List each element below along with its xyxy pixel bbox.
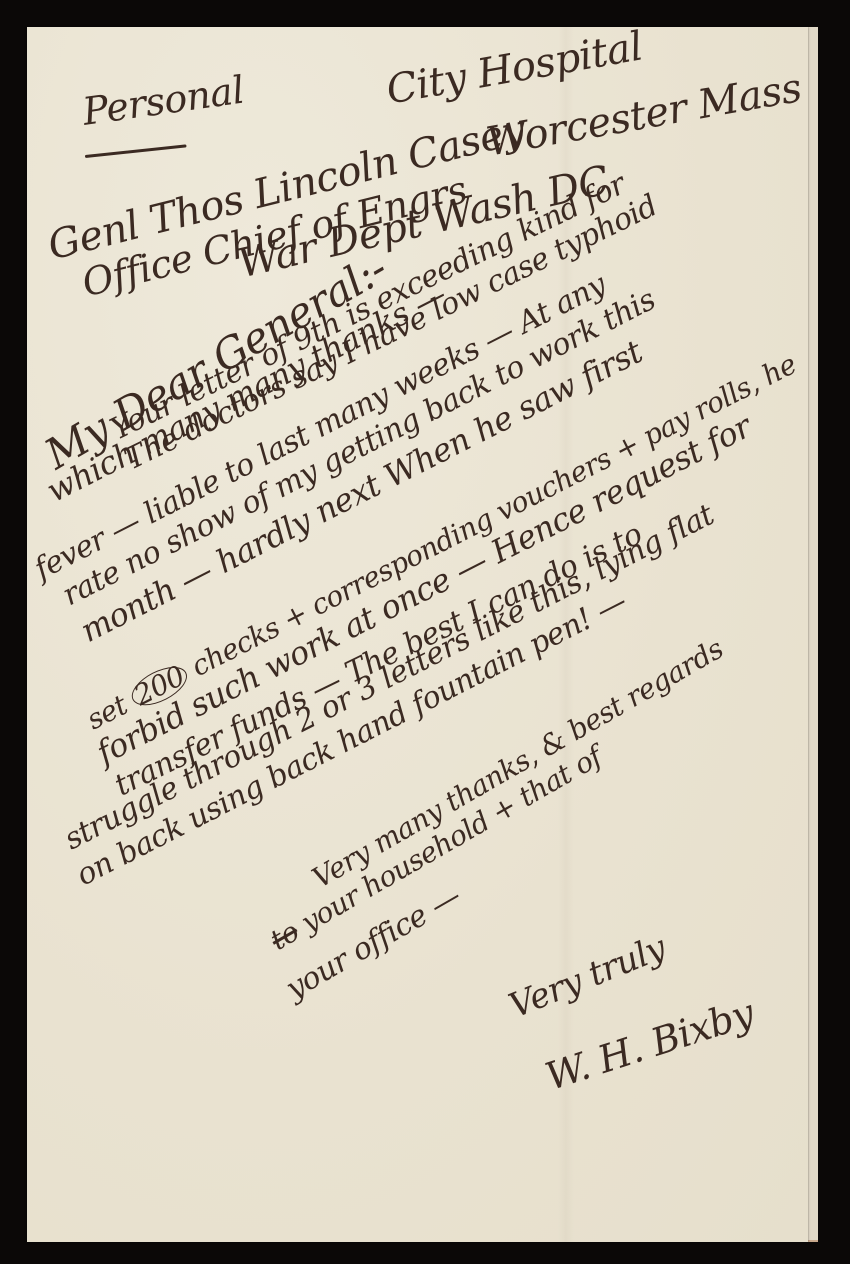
- letter-page: Personal City Hospital Worcester Mass Ge…: [27, 27, 808, 1242]
- personal-marking: Personal: [80, 71, 246, 131]
- struck-word: to: [265, 915, 305, 957]
- valediction: Very truly: [505, 931, 670, 1024]
- personal-underline: [85, 144, 187, 158]
- signature: W. H. Bixby: [541, 993, 758, 1096]
